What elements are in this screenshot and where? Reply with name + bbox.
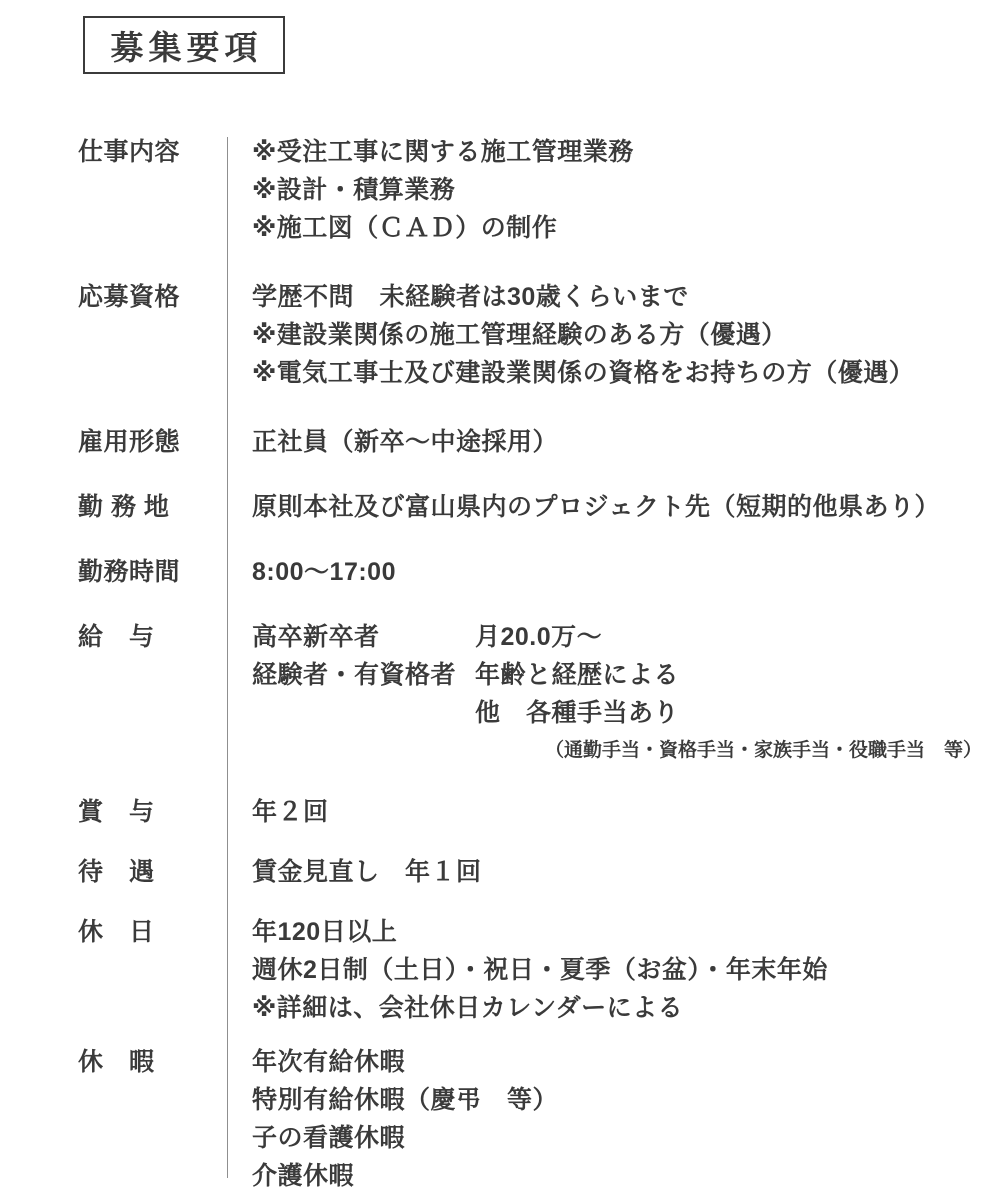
section-benefits: 待 遇 賃金見直し 年１回 [78,853,482,891]
section-holidays: 休 日 年120日以上 週休2日制（土日）・祝日・夏季（お盆）・年末年始 ※詳細… [78,913,828,1027]
section-label-salary: 給 与 [78,618,188,656]
section-content-work-hours: 8:00～17:00 [252,553,396,591]
section-content-work-location: 原則本社及び富山県内のプロジェクト先（短期的他県あり） [252,488,940,526]
content-line: 正社員（新卒～中途採用） [252,423,558,461]
recruitment-requirements-page: 募集要項 仕事内容 ※受注工事に関する施工管理業務 ※設計・積算業務 ※施工図（… [0,0,1000,1200]
section-content-bonus: 年２回 [252,793,329,831]
content-line: ※建設業関係の施工管理経験のある方（優遇） [252,316,914,354]
section-label-employment-type: 雇用形態 [78,423,188,461]
content-line: 原則本社及び富山県内のプロジェクト先（短期的他県あり） [252,488,940,526]
section-label-bonus: 賞 与 [78,793,188,831]
section-leave: 休 暇 年次有給休暇 特別有給休暇（慶弔 等） 子の看護休暇 介護休暇 [78,1043,558,1195]
content-line: 子の看護休暇 [252,1119,558,1157]
section-work-location: 勤 務 地 原則本社及び富山県内のプロジェクト先（短期的他県あり） [78,488,940,526]
section-content-salary: 高卒新卒者 月20.0万～ 経験者・有資格者 年齢と経歴による 他 各種手当あり… [252,618,982,770]
section-label-job-description: 仕事内容 [78,133,188,171]
salary-desc: 他 各種手当あり [475,694,982,732]
section-label-work-location: 勤 務 地 [78,488,188,526]
section-salary: 給 与 高卒新卒者 月20.0万～ 経験者・有資格者 年齢と経歴による 他 各種… [78,618,982,770]
page-title: 募集要項 [106,22,263,69]
section-label-work-hours: 勤務時間 [78,553,188,591]
salary-allowance-note: （通勤手当・資格手当・家族手当・役職手当 等） [545,732,982,770]
content-line: ※設計・積算業務 [252,171,634,209]
section-job-description: 仕事内容 ※受注工事に関する施工管理業務 ※設計・積算業務 ※施工図（ＣＡＤ）の… [78,133,634,247]
section-label-qualifications: 応募資格 [78,278,188,316]
salary-term: 高卒新卒者 [252,618,475,656]
section-bonus: 賞 与 年２回 [78,793,329,831]
section-label-benefits: 待 遇 [78,853,188,891]
page-title-box: 募集要項 [83,16,285,74]
salary-term [252,694,475,732]
content-line: 介護休暇 [252,1157,558,1195]
section-qualifications: 応募資格 学歴不問 未経験者は30歳くらいまで ※建設業関係の施工管理経験のある… [78,278,914,392]
content-line: 週休2日制（土日）・祝日・夏季（お盆）・年末年始 [252,951,828,989]
content-line: 学歴不問 未経験者は30歳くらいまで [252,278,914,316]
section-content-holidays: 年120日以上 週休2日制（土日）・祝日・夏季（お盆）・年末年始 ※詳細は、会社… [252,913,828,1027]
salary-desc: 月20.0万～ [475,618,982,656]
content-line: 特別有給休暇（慶弔 等） [252,1081,558,1119]
content-line: ※施工図（ＣＡＤ）の制作 [252,209,634,247]
section-label-holidays: 休 日 [78,913,188,951]
section-content-job-description: ※受注工事に関する施工管理業務 ※設計・積算業務 ※施工図（ＣＡＤ）の制作 [252,133,634,247]
section-content-benefits: 賃金見直し 年１回 [252,853,482,891]
section-label-leave: 休 暇 [78,1043,188,1081]
content-line: 年２回 [252,793,329,831]
section-content-leave: 年次有給休暇 特別有給休暇（慶弔 等） 子の看護休暇 介護休暇 [252,1043,558,1195]
salary-desc: 年齢と経歴による [475,656,982,694]
content-line: 賃金見直し 年１回 [252,853,482,891]
content-line: 8:00～17:00 [252,553,396,591]
content-line: 年120日以上 [252,913,828,951]
content-line: 年次有給休暇 [252,1043,558,1081]
section-content-employment-type: 正社員（新卒～中途採用） [252,423,558,461]
content-line: ※電気工事士及び建設業関係の資格をお持ちの方（優遇） [252,354,914,392]
salary-table: 高卒新卒者 月20.0万～ 経験者・有資格者 年齢と経歴による 他 各種手当あり [252,618,982,732]
section-employment-type: 雇用形態 正社員（新卒～中途採用） [78,423,558,461]
content-line: ※詳細は、会社休日カレンダーによる [252,989,828,1027]
salary-term: 経験者・有資格者 [252,656,475,694]
section-work-hours: 勤務時間 8:00～17:00 [78,553,396,591]
content-line: ※受注工事に関する施工管理業務 [252,133,634,171]
section-content-qualifications: 学歴不問 未経験者は30歳くらいまで ※建設業関係の施工管理経験のある方（優遇）… [252,278,914,392]
